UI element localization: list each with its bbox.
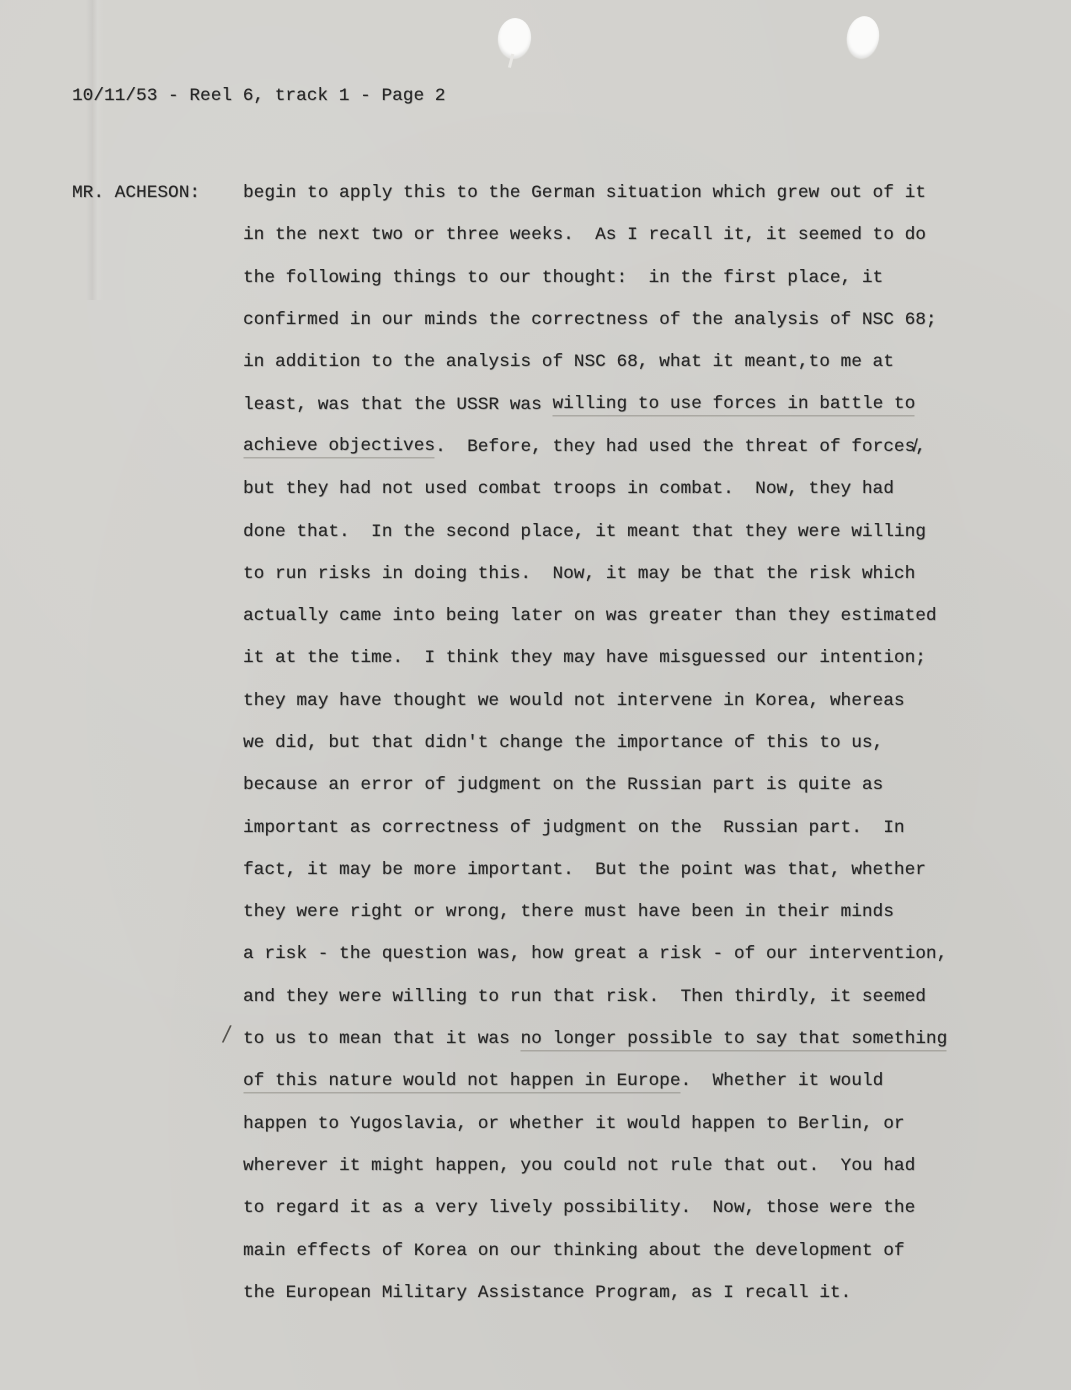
- pencil-underline: no longer possible to say that something: [520, 1029, 947, 1050]
- transcript-line: /to us to mean that it was no longer pos…: [243, 1018, 1012, 1060]
- transcript-line: in addition to the analysis of NSC 68, w…: [243, 341, 1012, 383]
- transcript-line: actually came into being later on was gr…: [243, 595, 1012, 637]
- transcript-line: it at the time. I think they may have mi…: [243, 637, 1012, 679]
- transcript-line: begin to apply this to the German situat…: [243, 172, 1012, 214]
- transcript-line: a risk - the question was, how great a r…: [243, 933, 1012, 975]
- transcript-line: happen to Yugoslavia, or whether it woul…: [243, 1103, 1012, 1145]
- transcript-line: and they were willing to run that risk. …: [243, 976, 1012, 1018]
- transcript-body: MR. ACHESON: begin to apply this to the …: [72, 172, 1012, 1314]
- transcript-line: they may have thought we would not inter…: [243, 680, 1012, 722]
- page-header: 10/11/53 - Reel 6, track 1 - Page 2: [72, 86, 445, 106]
- transcript-line: in the next two or three weeks. As I rec…: [243, 214, 1012, 256]
- transcript-line: important as correctness of judgment on …: [243, 806, 1012, 848]
- pencil-underline: achieve objectives: [243, 436, 435, 457]
- transcript-line: wherever it might happen, you could not …: [243, 1145, 1012, 1187]
- transcript-line: to regard it as a very lively possibilit…: [243, 1187, 1012, 1229]
- transcript-line: because an error of judgment on the Russ…: [243, 764, 1012, 806]
- pencil-underline: willing to use forces in battle to: [552, 394, 915, 415]
- pencil-underline: of this nature would not happen in Europ…: [243, 1071, 681, 1092]
- transcript-line: but they had not used combat troops in c…: [243, 468, 1012, 510]
- transcript-line: achieve objectives. Before, they had use…: [243, 426, 1012, 468]
- transcript-line: of this nature would not happen in Europ…: [243, 1060, 1012, 1102]
- transcript-line: we did, but that didn't change the impor…: [243, 722, 1012, 764]
- transcript-lines: begin to apply this to the German situat…: [243, 172, 1012, 1314]
- transcript-line: least, was that the USSR was willing to …: [243, 383, 1012, 425]
- document-page: 10/11/53 - Reel 6, track 1 - Page 2 MR. …: [0, 0, 1071, 1390]
- speaker-label: MR. ACHESON:: [72, 172, 200, 214]
- punch-hole-left: [496, 16, 533, 59]
- transcript-line: the European Military Assistance Program…: [243, 1272, 1012, 1314]
- transcript-line: to run risks in doing this. Now, it may …: [243, 553, 1012, 595]
- transcript-line: the following things to our thought: in …: [243, 257, 1012, 299]
- punch-hole-right: [844, 14, 883, 61]
- transcript-line: confirmed in our minds the correctness o…: [243, 299, 1012, 341]
- handwritten-check-mark: /: [221, 1022, 232, 1048]
- transcript-line: they were right or wrong, there must hav…: [243, 891, 1012, 933]
- transcript-line: main effects of Korea on our thinking ab…: [243, 1229, 1012, 1271]
- transcript-line: done that. In the second place, it meant…: [243, 510, 1012, 552]
- transcript-line: fact, it may be more important. But the …: [243, 849, 1012, 891]
